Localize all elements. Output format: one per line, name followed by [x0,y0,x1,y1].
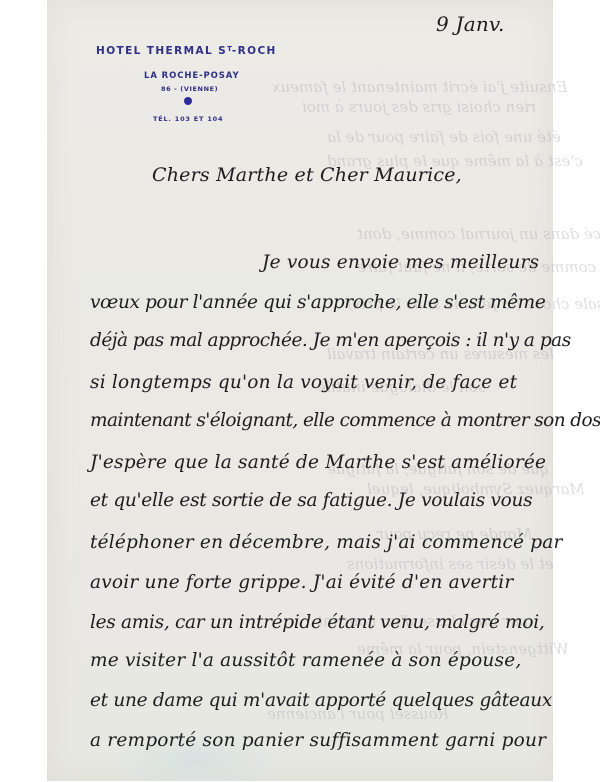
hotel-town: LA ROCHE-POSAY [144,71,240,81]
letterhead-dot-ornament [184,97,192,105]
letter-line: a remporté son panier suffisamment garni… [90,730,546,751]
letter-line: J'espère que la santé de Marthe s'est am… [90,452,546,473]
letter-line: Je vous envoie mes meilleurs [262,252,539,273]
bleed-through-line: m'a placé dans un journal comme, dont [357,225,600,243]
hotel-telephone: TÉL. 103 ET 104 [153,115,223,123]
hotel-department: 86 - (VIENNE) [161,85,218,93]
letter-line: me visiter l'a aussitôt ramenée à son ép… [90,650,521,671]
letter-line: les amis, car un intrépide étant venu, m… [90,612,544,633]
letter-page: Ensuite j'ai écrit maintenant le fameux … [47,0,553,781]
letter-line: téléphoner en décembre, mais j'ai commen… [90,532,563,553]
letter-line: déjà pas mal approchée. Je m'en aperçois… [90,330,571,351]
letter-line: si longtemps qu'on la voyait venir, de f… [90,372,517,393]
hotel-name: HOTEL THERMAL ST-ROCH [96,45,277,57]
letter-line: maintenant s'éloignant, elle commence à … [90,410,600,431]
letter-line: et une dame qui m'avait apporté quelques… [90,690,552,711]
letter-date: 9 Janv. [436,12,505,36]
letter-line: vœux pour l'année qui s'approche, elle s… [90,292,545,313]
bleed-through-line: et le désir ses informations [347,555,554,573]
letter-line: et qu'elle est sortie de sa fatigue. Je … [90,490,532,511]
letter-salutation: Chers Marthe et Cher Maurice, [152,164,462,186]
letter-line: avoir une forte grippe. J'ai évité d'en … [90,572,513,593]
